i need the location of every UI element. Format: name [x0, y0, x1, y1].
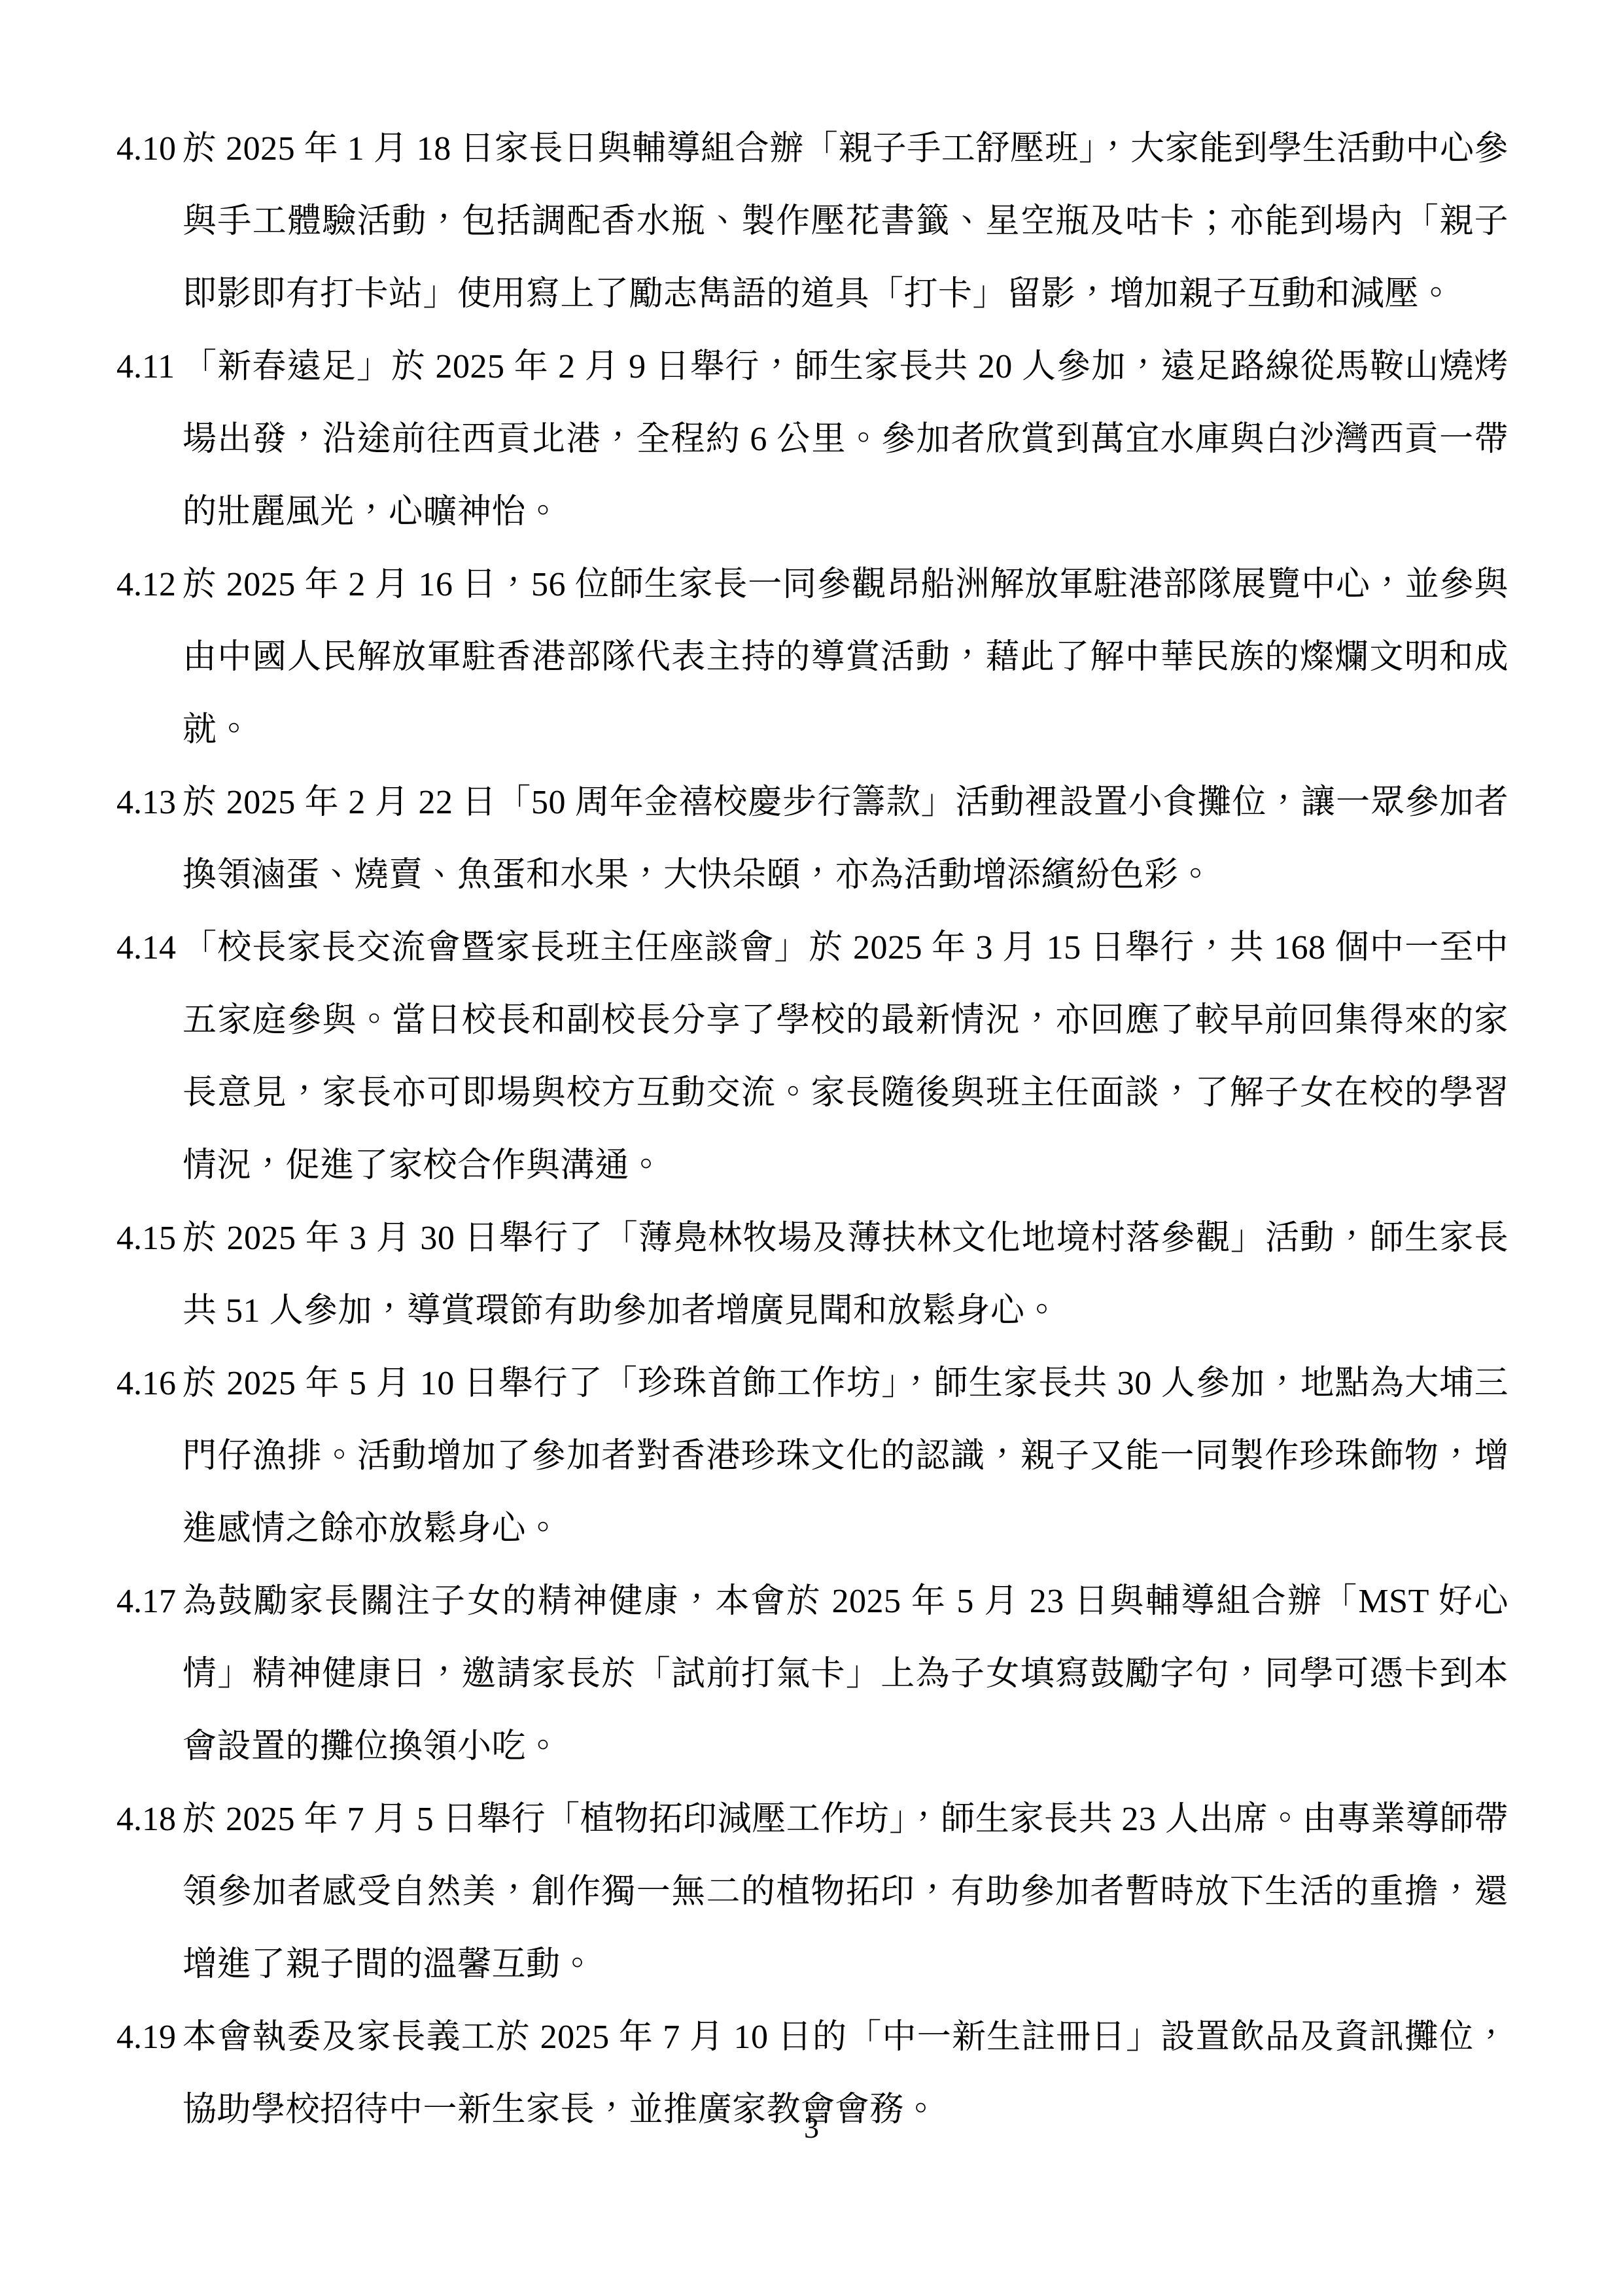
item-text: 「新春遠足」於 2025 年 2 月 9 日舉行，師生家長共 20 人參加，遠足…: [183, 348, 1509, 531]
item-number: 4.11: [116, 330, 175, 403]
document-body: 4.10於 2025 年 1 月 18 日家長日與輔導組合辦「親子手工舒壓班」，…: [116, 113, 1509, 2146]
item-text: 於 2025 年 7 月 5 日舉行「植物拓印減壓工作坊」，師生家長共 23 人…: [183, 1801, 1509, 1983]
item-number: 4.15: [116, 1202, 176, 1275]
item-number: 4.14: [116, 911, 176, 984]
item-text: 於 2025 年 5 月 10 日舉行了「珍珠首飾工作坊」，師生家長共 30 人…: [183, 1365, 1509, 1547]
document-page: 4.10於 2025 年 1 月 18 日家長日與輔導組合辦「親子手工舒壓班」，…: [0, 0, 1623, 2296]
item-number: 4.16: [116, 1347, 176, 1420]
list-item: 4.16於 2025 年 5 月 10 日舉行了「珍珠首飾工作坊」，師生家長共 …: [116, 1347, 1509, 1565]
item-text: 於 2025 年 3 月 30 日舉行了「薄鳧林牧場及薄扶林文化地境村落參觀」活…: [183, 1220, 1509, 1330]
list-item: 4.17為鼓勵家長關注子女的精神健康，本會於 2025 年 5 月 23 日與輔…: [116, 1565, 1509, 1783]
page-number: 3: [0, 2108, 1623, 2147]
item-number: 4.13: [116, 766, 176, 839]
list-item: 4.12於 2025 年 2 月 16 日，56 位師生家長一同參觀昂船洲解放軍…: [116, 548, 1509, 766]
list-item: 4.10於 2025 年 1 月 18 日家長日與輔導組合辦「親子手工舒壓班」，…: [116, 113, 1509, 330]
item-number: 4.17: [116, 1565, 176, 1638]
list-item: 4.11「新春遠足」於 2025 年 2 月 9 日舉行，師生家長共 20 人參…: [116, 330, 1509, 548]
list-item: 4.13於 2025 年 2 月 22 日「50 周年金禧校慶步行籌款」活動裡設…: [116, 766, 1509, 911]
item-number: 4.19: [116, 2001, 176, 2074]
item-number: 4.10: [116, 113, 176, 185]
item-text: 於 2025 年 1 月 18 日家長日與輔導組合辦「親子手工舒壓班」，大家能到…: [183, 130, 1509, 313]
item-text: 於 2025 年 2 月 22 日「50 周年金禧校慶步行籌款」活動裡設置小食攤…: [183, 784, 1509, 894]
item-text: 「校長家長交流會暨家長班主任座談會」於 2025 年 3 月 15 日舉行，共 …: [183, 929, 1509, 1184]
list-item: 4.15於 2025 年 3 月 30 日舉行了「薄鳧林牧場及薄扶林文化地境村落…: [116, 1202, 1509, 1347]
item-number: 4.12: [116, 548, 176, 621]
item-text: 於 2025 年 2 月 16 日，56 位師生家長一同參觀昂船洲解放軍駐港部隊…: [183, 566, 1509, 749]
item-number: 4.18: [116, 1783, 176, 1856]
list-item: 4.18於 2025 年 7 月 5 日舉行「植物拓印減壓工作坊」，師生家長共 …: [116, 1783, 1509, 2001]
list-item: 4.14「校長家長交流會暨家長班主任座談會」於 2025 年 3 月 15 日舉…: [116, 911, 1509, 1202]
item-text: 為鼓勵家長關注子女的精神健康，本會於 2025 年 5 月 23 日與輔導組合辦…: [183, 1583, 1509, 1765]
